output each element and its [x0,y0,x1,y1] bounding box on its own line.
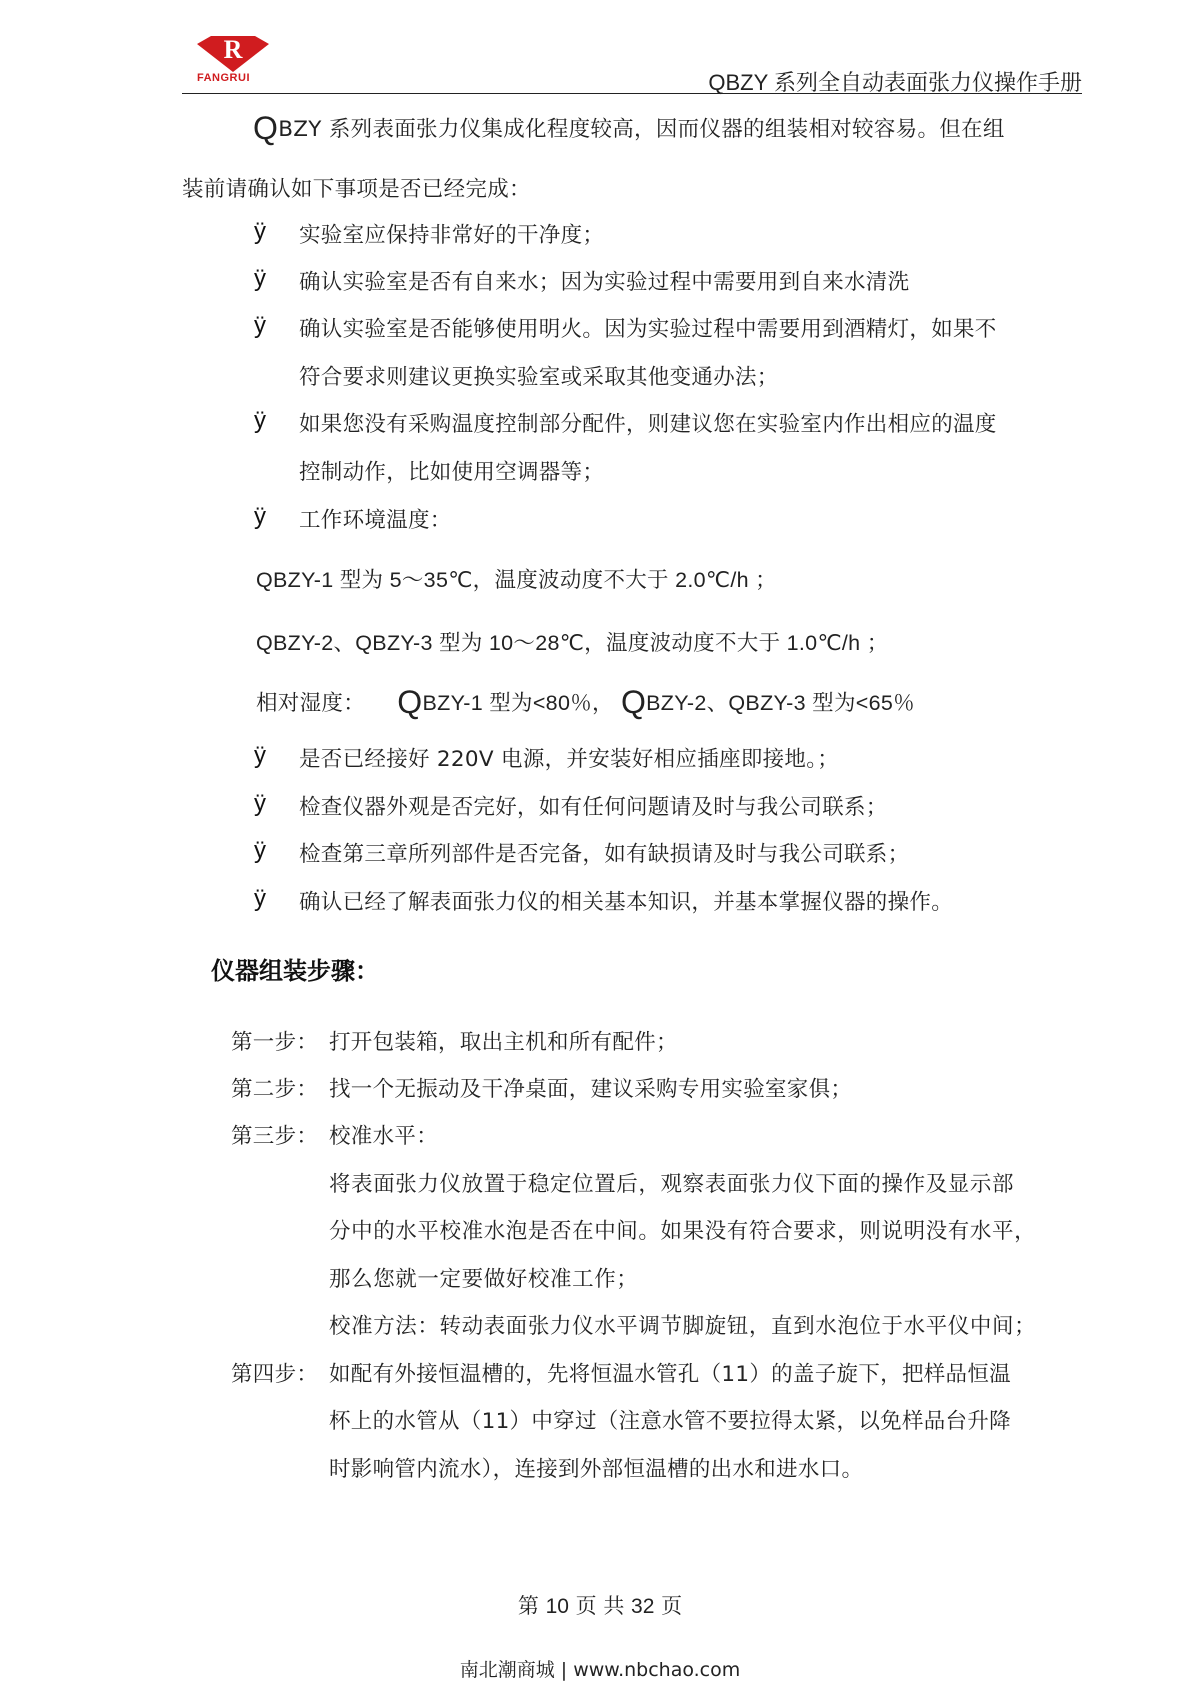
bullet-icon: ÿ [254,885,266,913]
page-total: 32 [631,1595,654,1618]
checklist-item: 如果您没有采购温度控制部分配件，则建议您在实验室内作出相应的温度 [299,407,997,438]
step-text: 杯上的水管从（11）中穿过（注意水管不要拉得太紧，以免样品台升降 [329,1404,1011,1435]
svg-text:R: R [224,35,243,64]
checklist-item: 是否已经接好 220V 电源，并安装好相应插座即接地。； [299,742,839,773]
intro-line-1: QBZY 系列表面张力仪集成化程度较高，因而仪器的组装相对较容易。但在组 [253,112,1005,144]
bullet-icon: ÿ [254,265,266,293]
step-text: 找一个无振动及干净桌面，建议采购专用实验室家俱； [329,1072,852,1103]
checklist-item: 实验室应保持非常好的干净度； [299,218,604,249]
step-label: 第三步： [231,1119,318,1150]
logo-text: FANGRUI [197,72,250,84]
bullet-icon: ÿ [254,407,266,435]
page-prefix: 第 [518,1594,539,1618]
page-mid: 页 共 [576,1594,625,1618]
checklist-item: 检查第三章所列部件是否完备，如有缺损请及时与我公司联系； [299,837,909,868]
checklist-item: 确认已经了解表面张力仪的相关基本知识，并基本掌握仪器的操作。 [299,885,953,916]
step-text: 如配有外接恒温槽的，先将恒温水管孔（11）的盖子旋下，把样品恒温 [329,1357,1011,1388]
section-heading: 仪器组装步骤： [211,951,379,986]
step-label: 第四步： [231,1357,318,1388]
bullet-icon: ÿ [254,312,266,340]
drop-cap: Q [253,110,278,146]
step-text: 校准水平： [329,1119,438,1150]
bullet-icon: ÿ [254,790,266,818]
bullet-icon: ÿ [254,218,266,246]
step-text: 时影响管内流水），连接到外部恒温槽的出水和进水口。 [329,1452,863,1483]
checklist-item: 工作环境温度： [299,503,452,534]
bullet-icon: ÿ [254,503,266,531]
checklist-item: 确认实验室是否有自来水；因为实验过程中需要用到自来水清洗 [299,265,909,296]
humidity-value-2: BZY-2、QBZY-3 型为<65％ [646,691,915,715]
step-text: 打开包装箱，取出主机和所有配件； [329,1025,678,1056]
humidity-spec: 相对湿度： QBZY-1 型为<80％， QBZY-2、QBZY-3 型为<65… [256,686,915,718]
drop-cap: Q [621,684,646,720]
checklist-item: 检查仪器外观是否完好，如有任何问题请及时与我公司联系； [299,790,888,821]
step-detail: 那么您就一定要做好校准工作； [329,1262,638,1293]
step-detail: 校准方法：转动表面张力仪水平调节脚旋钮，直到水泡位于水平仪中间； [329,1309,1036,1340]
bullet-icon: ÿ [254,742,266,770]
document-page: R FANGRUI QBZY 系列全自动表面张力仪操作手册 QBZY 系列表面张… [0,0,1200,1698]
drop-cap: Q [397,684,422,720]
site-watermark: 南北潮商城 | www.nbchao.com [0,1655,1200,1682]
checklist-item: 确认实验室是否能够使用明火。因为实验过程中需要用到酒精灯，如果不 [299,312,997,343]
temperature-spec-1: QBZY-1 型为 5～35℃，温度波动度不大于 2.0℃/h ； [256,563,777,594]
bullet-icon: ÿ [254,837,266,865]
temperature-spec-2: QBZY-2、QBZY-3 型为 10～28℃，温度波动度不大于 1.0℃/h … [256,626,889,657]
checklist-item-continued: 控制动作，比如使用空调器等； [299,455,604,486]
humidity-label: 相对湿度： [256,691,365,716]
humidity-value-1: BZY-1 型为<80％， [423,691,614,715]
step-detail: 分中的水平校准水泡是否在中间。如果没有符合要求，则说明没有水平， [329,1214,1036,1245]
intro-line-2: 装前请确认如下事项是否已经完成： [182,172,531,203]
header-divider [182,93,1082,94]
step-detail: 将表面张力仪放置于稳定位置后，观察表面张力仪下面的操作及显示部 [329,1167,1014,1198]
page-number: 第 10 页 共 32 页 [0,1590,1200,1620]
intro-text: BZY 系列表面张力仪集成化程度较高，因而仪器的组装相对较容易。但在组 [278,117,1004,142]
page-suffix: 页 [661,1594,682,1618]
step-label: 第一步： [231,1025,318,1056]
checklist-item-continued: 符合要求则建议更换实验室或采取其他变通办法； [299,360,779,391]
page-current: 10 [546,1595,569,1618]
step-label: 第二步： [231,1072,318,1103]
